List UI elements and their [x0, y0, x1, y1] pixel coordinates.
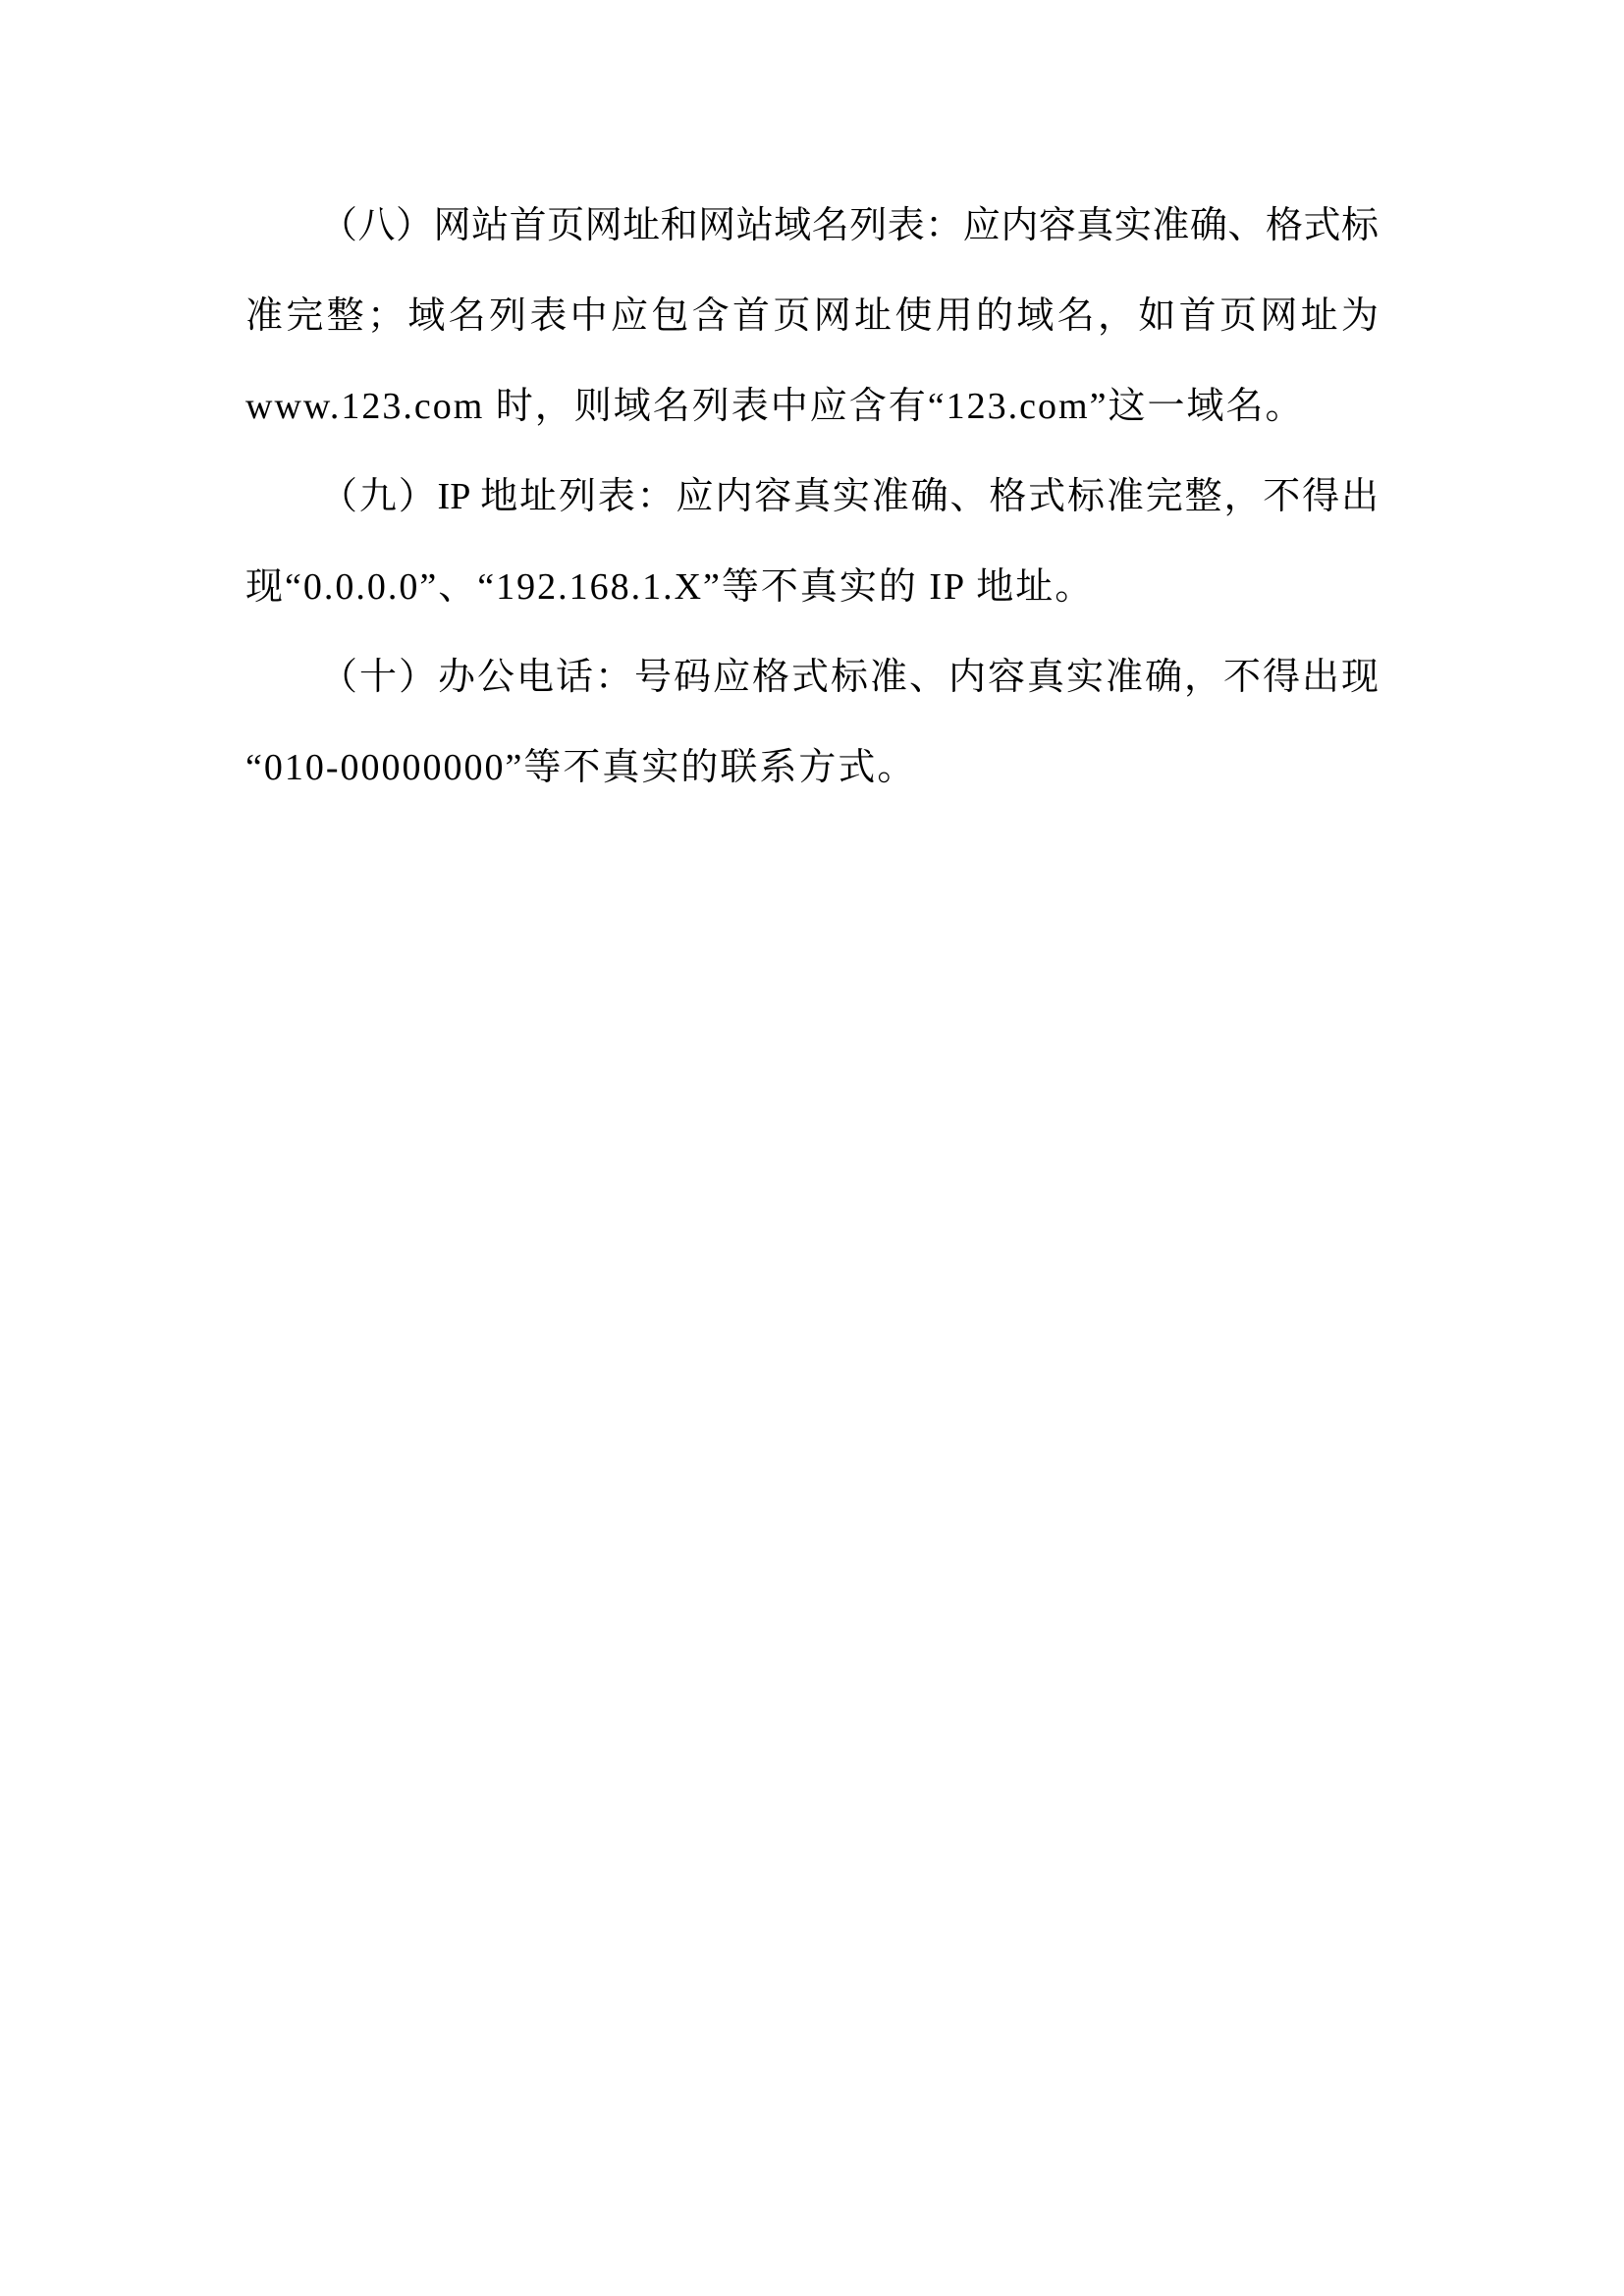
paragraph-item-9: （九）IP 地址列表：应内容真实准确、格式标准完整，不得出 现“0.0.0.0”…	[245, 452, 1379, 632]
doc-line: www.123.com 时，则域名列表中应含有“123.com”这一域名。	[245, 361, 1379, 452]
paragraph-item-8: （八）网站首页网址和网站域名列表：应内容真实准确、格式标 准完整；域名列表中应包…	[245, 181, 1379, 452]
doc-line: “010-00000000”等不真实的联系方式。	[245, 722, 1379, 813]
doc-line: （八）网站首页网址和网站域名列表：应内容真实准确、格式标	[245, 181, 1379, 271]
paragraph-item-10: （十）办公电话：号码应格式标准、内容真实准确，不得出现 “010-0000000…	[245, 632, 1379, 813]
document-page: （八）网站首页网址和网站域名列表：应内容真实准确、格式标 准完整；域名列表中应包…	[0, 0, 1624, 2296]
doc-line: （九）IP 地址列表：应内容真实准确、格式标准完整，不得出	[245, 452, 1379, 542]
text-block: （八）网站首页网址和网站域名列表：应内容真实准确、格式标 准完整；域名列表中应包…	[245, 181, 1379, 813]
doc-line: 现“0.0.0.0”、“192.168.1.X”等不真实的 IP 地址。	[245, 542, 1379, 632]
doc-line: 准完整；域名列表中应包含首页网址使用的域名，如首页网址为	[245, 271, 1379, 361]
doc-line: （十）办公电话：号码应格式标准、内容真实准确，不得出现	[245, 632, 1379, 722]
